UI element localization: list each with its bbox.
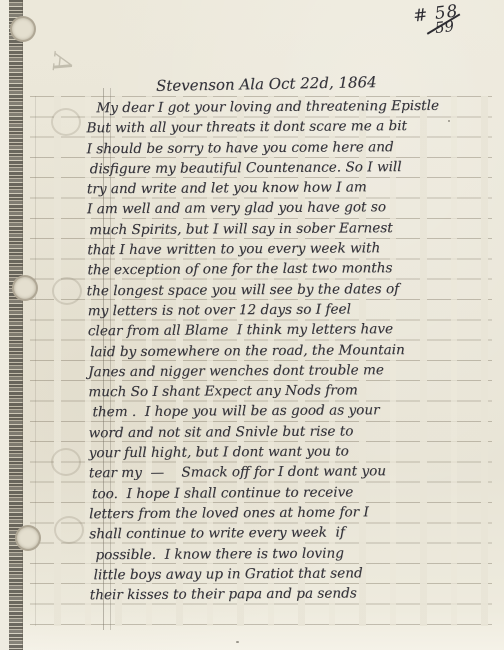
hole-punch-ghost xyxy=(51,108,81,136)
letter-line: disfigure my beautiful Countenance. So I… xyxy=(90,157,452,180)
scanned-letter-page: A # 58 59 Stevenson Ala Oct 22d, 1864 My… xyxy=(0,0,504,650)
letter-line: little boys away up in Gratiot that send xyxy=(93,563,454,586)
paper-speck xyxy=(236,641,239,643)
letter-line: much Spirits, but I will say in sober Ea… xyxy=(89,218,452,241)
letter-line: their kisses to their papa and pa sends xyxy=(90,583,455,606)
letter-line: try and write and let you know how I am xyxy=(87,177,452,200)
hole-punch xyxy=(10,16,36,42)
page-left-edge xyxy=(0,0,9,650)
letter-line: the longest space you will see by the da… xyxy=(87,278,453,301)
hole-punch xyxy=(12,275,38,301)
letter-line: that I have written to you every week wi… xyxy=(87,238,452,261)
letter-line: But with all your threats it dont scare … xyxy=(86,116,451,139)
paper-speck xyxy=(448,120,450,122)
letter-line: them . I hope you will be as good as you… xyxy=(92,400,453,423)
ghost-ink-mark: A xyxy=(45,52,77,74)
letter-line: my letters is not over 12 days so I feel xyxy=(88,299,453,322)
letter-line: Janes and nigger wenches dont trouble me xyxy=(88,360,453,383)
letter-line: the exception of one for the last two mo… xyxy=(87,258,452,281)
letter-line: My dear I got your loving and threatenin… xyxy=(96,96,451,119)
hole-punch-ghost xyxy=(54,516,84,544)
letter-line: clear from all Blame I think my letters … xyxy=(88,319,453,342)
binding-torn-edge xyxy=(9,0,23,650)
letter-line: word and not sit and Snivle but rise to xyxy=(89,420,454,443)
dateline: Stevenson Ala Oct 22d, 1864 xyxy=(156,73,377,95)
hole-punch-ghost xyxy=(52,277,82,305)
letter-line: I should be sorry to have you come here … xyxy=(87,136,452,159)
letter-line: laid by somewhere on the road, the Mount… xyxy=(90,339,453,362)
letter-line: your full hight, but I dont want you to xyxy=(89,441,454,464)
letter-line: I am well and am very glad you have got … xyxy=(87,197,452,220)
letter-line: shall continue to write every week if xyxy=(89,522,454,545)
letter-line: letters from the loved ones at home for … xyxy=(89,502,454,525)
page-number-annotation: # 58 59 xyxy=(412,0,476,40)
letter-line: much So I shant Expect any Nods from xyxy=(88,380,453,403)
letter-line: tear my — Smack off for I dont want you xyxy=(89,461,454,484)
letter-line: possible. I know there is two loving xyxy=(95,542,454,565)
hole-punch-ghost xyxy=(51,448,81,476)
hole-punch xyxy=(15,525,41,551)
letter-line: too. I hope I shall continue to receive xyxy=(92,481,454,504)
letter-body: My dear I got your loving and threatenin… xyxy=(86,96,455,606)
